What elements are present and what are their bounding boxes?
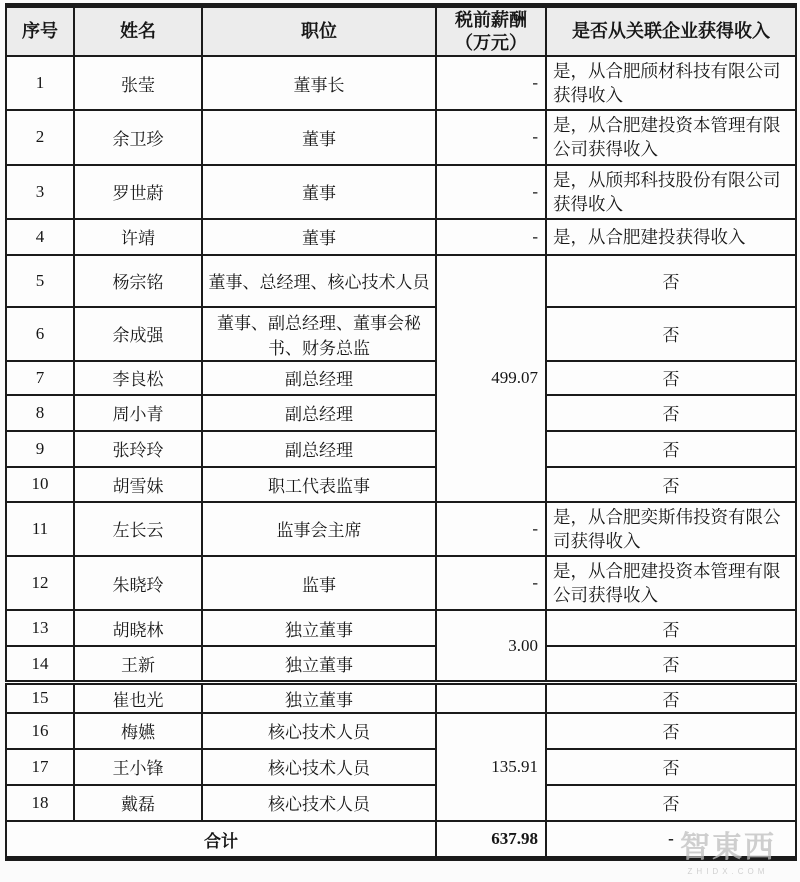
cell-name: 许靖 (74, 219, 202, 255)
cell-name: 周小青 (74, 395, 202, 431)
cell-related: 否 (546, 361, 796, 395)
cell-name: 余卫珍 (74, 110, 202, 164)
cell-position: 监事 (202, 556, 436, 610)
cell-position: 职工代表监事 (202, 467, 436, 502)
table-row: 10 胡雪妹 职工代表监事 否 (6, 467, 796, 502)
cell-position: 董事、副总经理、董事会秘书、财务总监 (202, 307, 436, 361)
table-row: 2 余卫珍 董事 - 是，从合肥建投资本管理有限公司获得收入 (6, 110, 796, 164)
cell-name: 张莹 (74, 56, 202, 110)
cell-no: 1 (6, 56, 74, 110)
cell-position: 副总经理 (202, 431, 436, 467)
table-header-row: 序号 姓名 职位 税前薪酬 （万元） 是否从关联企业获得收入 (6, 6, 796, 57)
cell-no: 13 (6, 610, 74, 646)
header-col-no: 序号 (6, 6, 74, 57)
cell-position: 董事 (202, 219, 436, 255)
cell-no: 17 (6, 749, 74, 785)
table-row: 9 张玲玲 副总经理 否 (6, 431, 796, 467)
table-row: 5 杨宗铭 董事、总经理、核心技术人员 499.07 否 (6, 255, 796, 307)
table-row: 14 王新 独立董事 否 (6, 646, 796, 682)
cell-related: 是，从合肥奕斯伟投资有限公司获得收入 (546, 502, 796, 556)
cell-related: 否 (546, 307, 796, 361)
cell-related: 否 (546, 682, 796, 713)
cell-related: 否 (546, 646, 796, 682)
cell-related: 否 (546, 467, 796, 502)
header-col-name: 姓名 (74, 6, 202, 57)
cell-position: 副总经理 (202, 395, 436, 431)
cell-no: 16 (6, 713, 74, 749)
cell-no: 8 (6, 395, 74, 431)
table-row: 17 王小锋 核心技术人员 否 (6, 749, 796, 785)
cell-position: 董事长 (202, 56, 436, 110)
cell-related: 是，从合肥建投获得收入 (546, 219, 796, 255)
document-page: 序号 姓名 职位 税前薪酬 （万元） 是否从关联企业获得收入 1 张莹 董事长 … (0, 0, 800, 882)
cell-name: 胡晓林 (74, 610, 202, 646)
cell-related: 否 (546, 610, 796, 646)
cell-name: 朱晓玲 (74, 556, 202, 610)
cell-related: 是，从颀邦科技股份有限公司获得收入 (546, 165, 796, 219)
header-col-related: 是否从关联企业获得收入 (546, 6, 796, 57)
cell-position: 董事、总经理、核心技术人员 (202, 255, 436, 307)
cell-related: 是，从合肥建投资本管理有限公司获得收入 (546, 556, 796, 610)
cell-salary: - (436, 165, 546, 219)
cell-name: 罗世蔚 (74, 165, 202, 219)
cell-salary-merged: 135.91 (436, 713, 546, 821)
cell-related: 否 (546, 785, 796, 821)
header-col-salary: 税前薪酬 （万元） (436, 6, 546, 57)
cell-salary-merged: 499.07 (436, 255, 546, 502)
cell-no: 18 (6, 785, 74, 821)
cell-position: 独立董事 (202, 610, 436, 646)
cell-name: 胡雪妹 (74, 467, 202, 502)
cell-salary: - (436, 502, 546, 556)
cell-salary-empty (436, 682, 546, 713)
cell-name: 梅嬿 (74, 713, 202, 749)
cell-position: 监事会主席 (202, 502, 436, 556)
total-salary: 637.98 (436, 821, 546, 859)
cell-name: 左长云 (74, 502, 202, 556)
cell-salary: - (436, 219, 546, 255)
table-row: 15 崔也光 独立董事 否 (6, 682, 796, 713)
cell-no: 15 (6, 682, 74, 713)
cell-no: 14 (6, 646, 74, 682)
cell-no: 2 (6, 110, 74, 164)
table-row: 6 余成强 董事、副总经理、董事会秘书、财务总监 否 (6, 307, 796, 361)
cell-name: 王小锋 (74, 749, 202, 785)
cell-no: 3 (6, 165, 74, 219)
cell-salary: - (436, 556, 546, 610)
cell-name: 戴磊 (74, 785, 202, 821)
cell-related: 否 (546, 395, 796, 431)
cell-related: 是，从合肥建投资本管理有限公司获得收入 (546, 110, 796, 164)
cell-position: 核心技术人员 (202, 713, 436, 749)
cell-position: 核心技术人员 (202, 785, 436, 821)
table-row: 12 朱晓玲 监事 - 是，从合肥建投资本管理有限公司获得收入 (6, 556, 796, 610)
cell-no: 4 (6, 219, 74, 255)
cell-name: 王新 (74, 646, 202, 682)
table-row: 1 张莹 董事长 - 是，从合肥颀材科技有限公司获得收入 (6, 56, 796, 110)
cell-related: 否 (546, 431, 796, 467)
table-row: 18 戴磊 核心技术人员 否 (6, 785, 796, 821)
watermark-site: ZHIDX.COM (668, 867, 788, 876)
cell-name: 张玲玲 (74, 431, 202, 467)
table-row: 16 梅嬿 核心技术人员 135.91 否 (6, 713, 796, 749)
cell-related: 否 (546, 255, 796, 307)
cell-related: 是，从合肥颀材科技有限公司获得收入 (546, 56, 796, 110)
cell-related: 否 (546, 713, 796, 749)
cell-position: 副总经理 (202, 361, 436, 395)
cell-salary: - (436, 110, 546, 164)
cell-position: 董事 (202, 165, 436, 219)
header-col-position: 职位 (202, 6, 436, 57)
cell-position: 核心技术人员 (202, 749, 436, 785)
cell-no: 10 (6, 467, 74, 502)
compensation-table: 序号 姓名 职位 税前薪酬 （万元） 是否从关联企业获得收入 1 张莹 董事长 … (5, 3, 797, 861)
header-salary-line1: 税前薪酬 (455, 10, 527, 30)
cell-name: 杨宗铭 (74, 255, 202, 307)
cell-no: 9 (6, 431, 74, 467)
header-salary-line2: （万元） (455, 33, 527, 53)
table-row: 3 罗世蔚 董事 - 是，从颀邦科技股份有限公司获得收入 (6, 165, 796, 219)
cell-no: 12 (6, 556, 74, 610)
cell-position: 独立董事 (202, 646, 436, 682)
cell-no: 7 (6, 361, 74, 395)
cell-no: 6 (6, 307, 74, 361)
cell-salary-merged: 3.00 (436, 610, 546, 682)
cell-salary: - (436, 56, 546, 110)
table-row: 13 胡晓林 独立董事 3.00 否 (6, 610, 796, 646)
table-row: 11 左长云 监事会主席 - 是，从合肥奕斯伟投资有限公司获得收入 (6, 502, 796, 556)
cell-no: 11 (6, 502, 74, 556)
cell-name: 崔也光 (74, 682, 202, 713)
table-total-row: 合计 637.98 - (6, 821, 796, 859)
cell-position: 董事 (202, 110, 436, 164)
cell-related: 否 (546, 749, 796, 785)
table-row: 7 李良松 副总经理 否 (6, 361, 796, 395)
total-label: 合计 (6, 821, 436, 859)
cell-name: 李良松 (74, 361, 202, 395)
cell-no: 5 (6, 255, 74, 307)
cell-name: 余成强 (74, 307, 202, 361)
table-row: 8 周小青 副总经理 否 (6, 395, 796, 431)
cell-position: 独立董事 (202, 682, 436, 713)
total-related: - (546, 821, 796, 859)
table-row: 4 许靖 董事 - 是，从合肥建投获得收入 (6, 219, 796, 255)
